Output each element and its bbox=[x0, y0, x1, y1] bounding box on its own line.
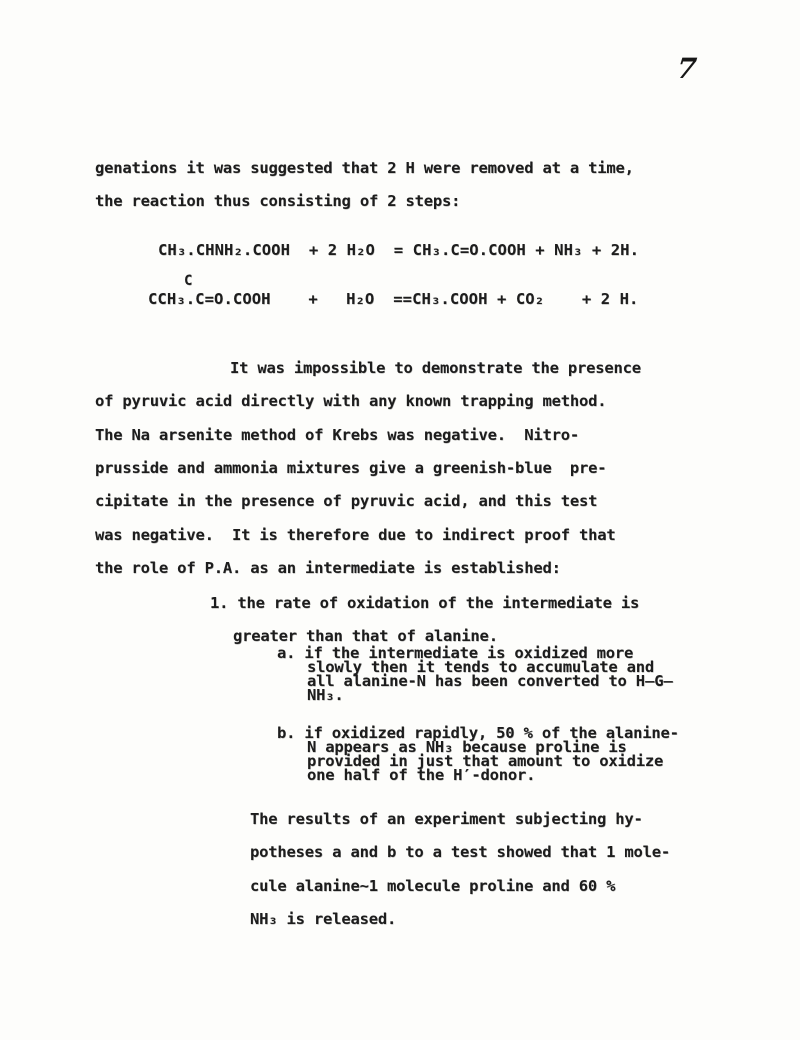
paragraph-line: the role of P.A. as an intermediate is e… bbox=[95, 561, 561, 577]
paragraph-line: was negative. It is therefore due to ind… bbox=[95, 528, 616, 544]
closing-line: cule alanine~1 molecule proline and 60 % bbox=[250, 879, 615, 895]
equation-2: CCH₃.C=O.COOH + H₂O ==CH₃.COOH + CO₂ + 2… bbox=[148, 292, 638, 308]
equation-correction: C bbox=[184, 274, 193, 288]
list-item-1-line-2: greater than that of alanine. bbox=[233, 629, 498, 645]
list-item-1-line-1: 1. the rate of oxidation of the intermed… bbox=[210, 596, 639, 612]
intro-line-1: genations it was suggested that 2 H were… bbox=[95, 161, 634, 177]
sublist-b-line: one half of the H′-donor. bbox=[307, 768, 535, 784]
equation-1: CH₃.CHNH₂.COOH + 2 H₂O = CH₃.C=O.COOH + … bbox=[158, 243, 639, 259]
sublist-a-line: NH₃. bbox=[307, 688, 344, 704]
paragraph-line: It was impossible to demonstrate the pre… bbox=[230, 361, 641, 377]
paragraph-line: of pyruvic acid directly with any known … bbox=[95, 394, 606, 410]
document-page: 7 genations it was suggested that 2 H we… bbox=[0, 0, 800, 1040]
closing-line: potheses a and b to a test showed that 1… bbox=[250, 845, 670, 861]
paragraph-line: The Na arsenite method of Krebs was nega… bbox=[95, 428, 579, 444]
closing-line: NH₃ is released. bbox=[250, 912, 396, 928]
intro-line-2: the reaction thus consisting of 2 steps: bbox=[95, 194, 460, 210]
page-number: 7 bbox=[675, 52, 698, 85]
paragraph-line: cipitate in the presence of pyruvic acid… bbox=[95, 494, 597, 510]
sublist-a-line: all alanine-N has been converted to H̶G̶ bbox=[307, 674, 673, 690]
closing-line: The results of an experiment subjecting … bbox=[250, 812, 643, 828]
paragraph-line: prusside and ammonia mixtures give a gre… bbox=[95, 461, 606, 477]
